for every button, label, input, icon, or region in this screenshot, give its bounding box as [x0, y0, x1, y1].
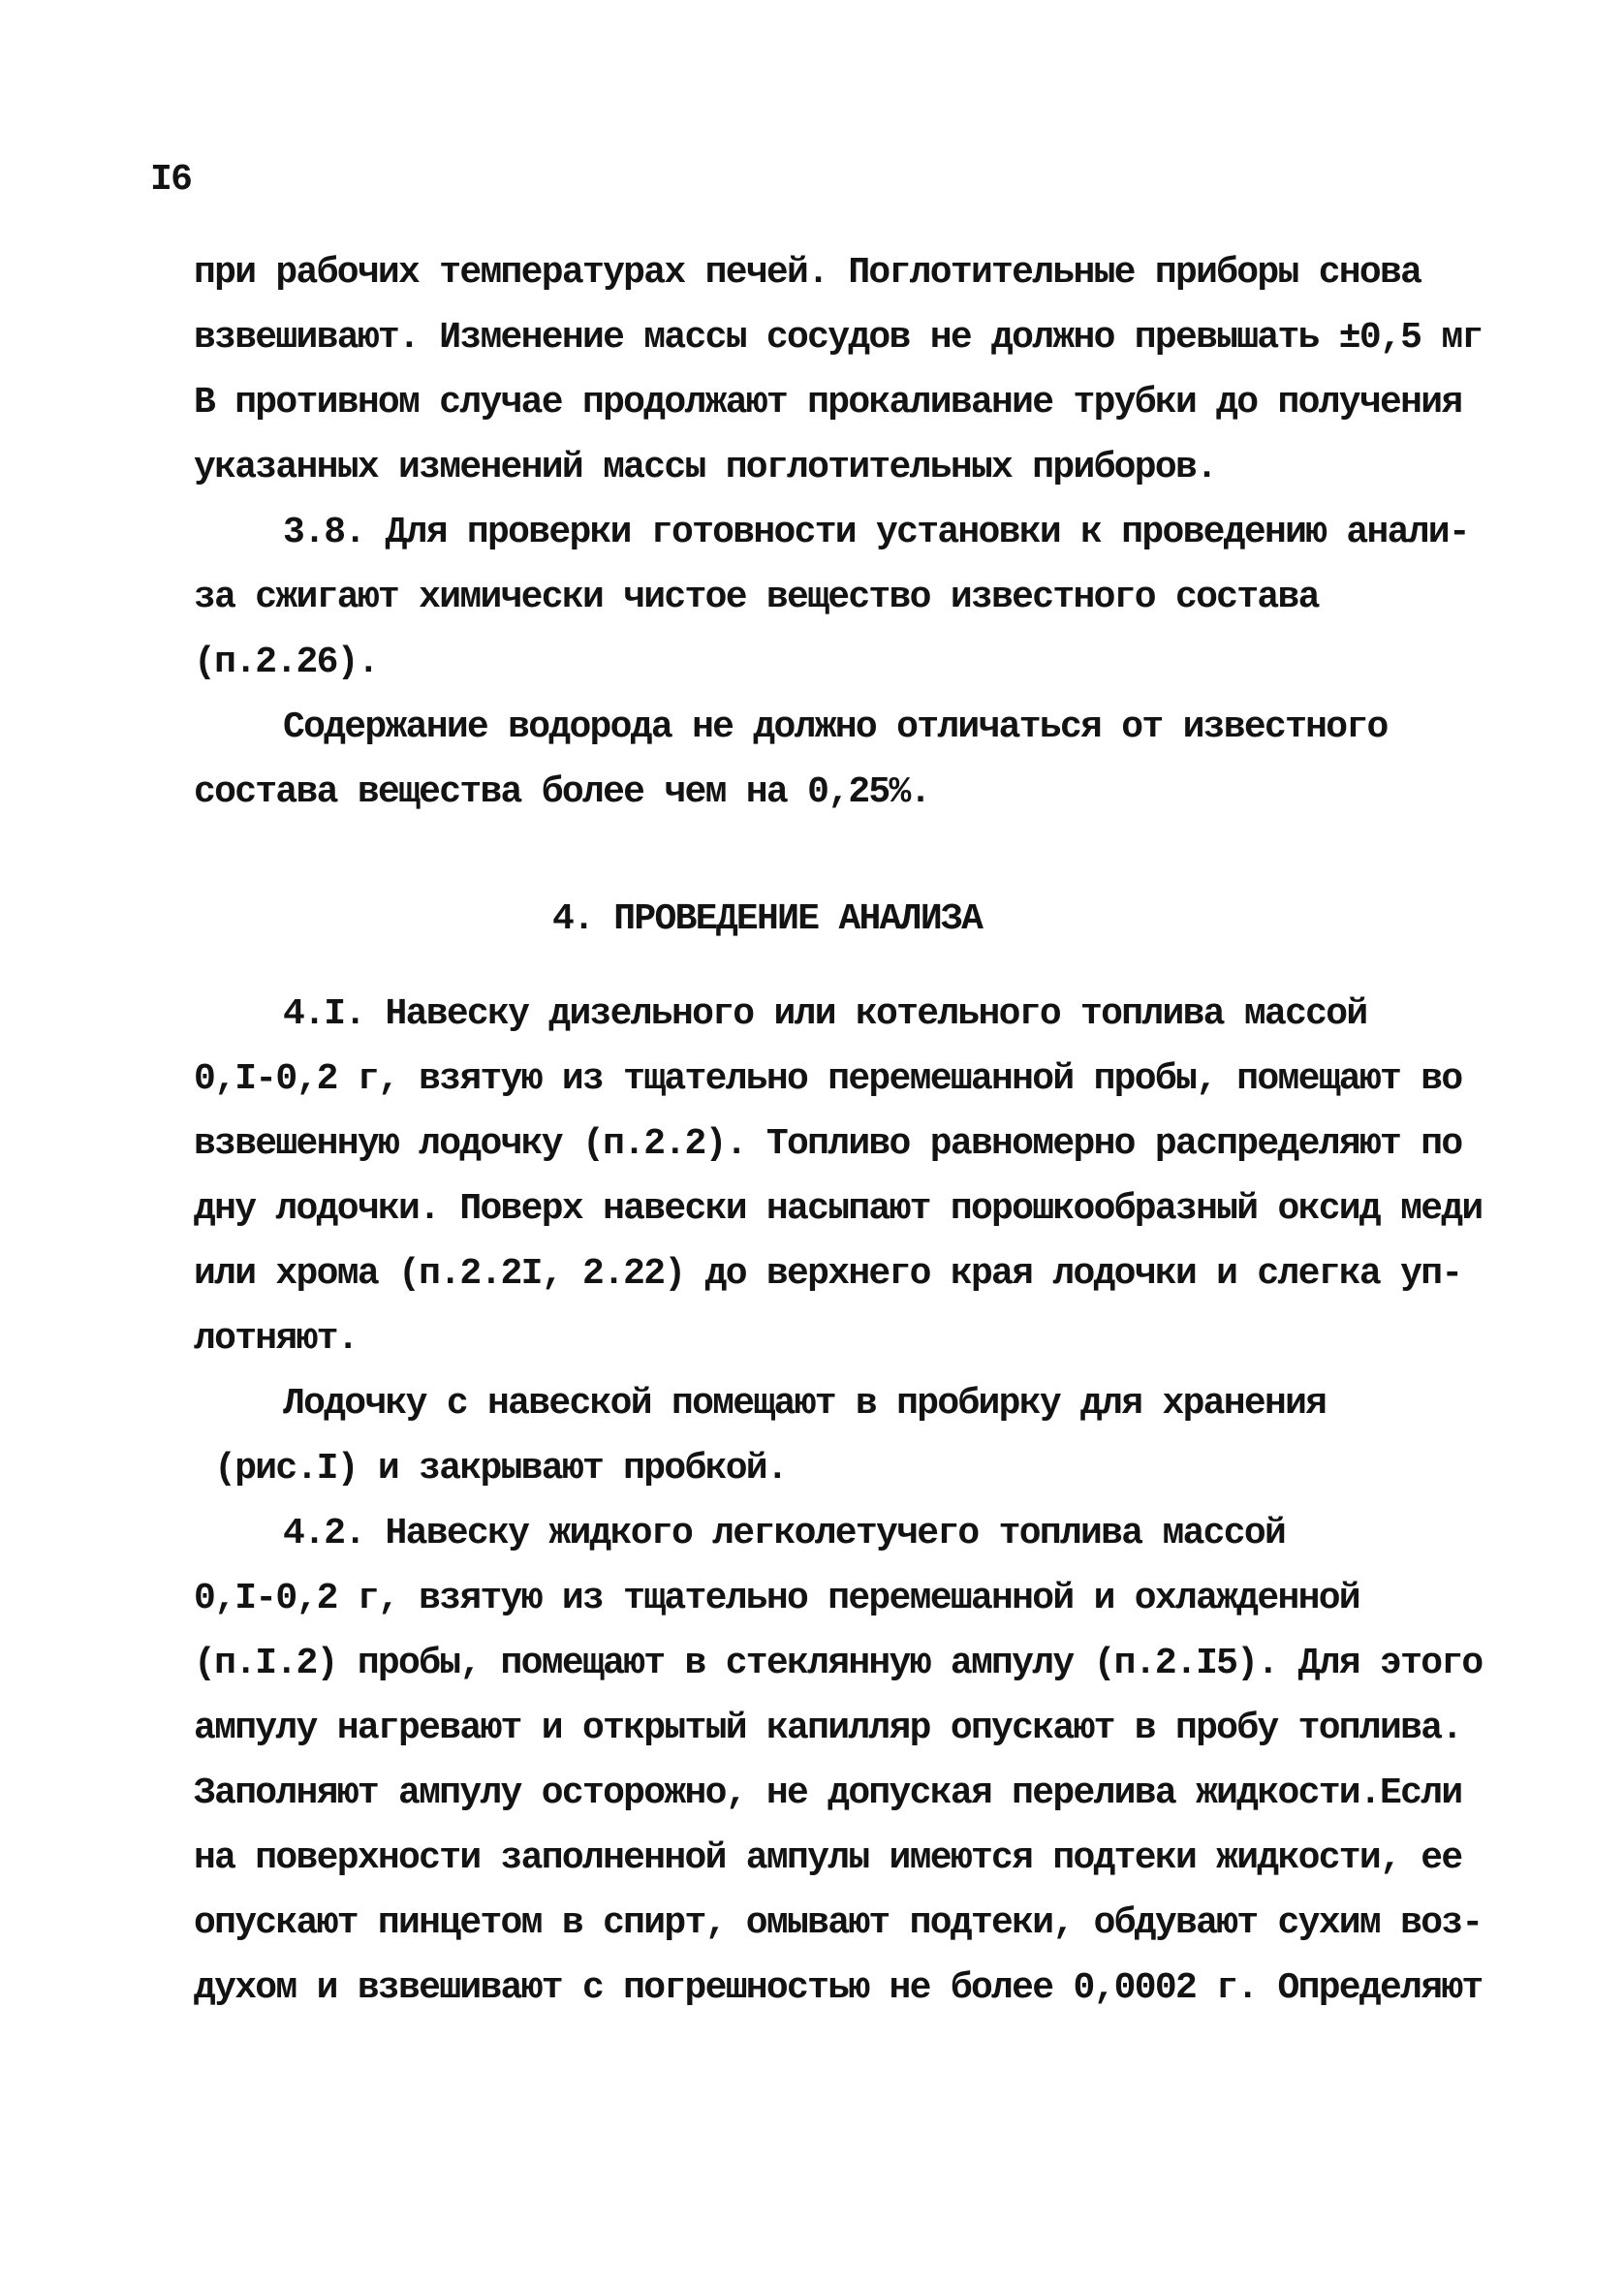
text-line: В противном случае продолжают прокаливан… [194, 370, 1589, 435]
text-line: Заполняют ампулу осторожно, не допуская … [194, 1761, 1589, 1826]
text-line: опускают пинцетом в спирт, омывают подте… [194, 1891, 1589, 1956]
document-text: при рабочих температурах печей. Поглотит… [194, 240, 1589, 2021]
text-line: ампулу нагревают и открытый капилляр опу… [194, 1696, 1589, 1761]
text-line: 0,I-0,2 г, взятую из тщательно перемешан… [194, 1566, 1589, 1631]
text-line: взвешенную лодочку (п.2.2). Топливо равн… [194, 1112, 1589, 1176]
section-heading: 4. ПРОВЕДЕНИЕ АНАЛИЗА [552, 887, 1589, 952]
text-line: на поверхности заполненной ампулы имеютс… [194, 1826, 1589, 1891]
text-line: 4.I. Навеску дизельного или котельного т… [194, 982, 1589, 1047]
page-number: I6 [150, 147, 191, 212]
text-line: или хрома (п.2.2I, 2.22) до верхнего кра… [194, 1241, 1589, 1306]
text-line: указанных изменений массы поглотительных… [194, 435, 1589, 500]
text-line: (рис.I) и закрывают пробкой. [194, 1436, 1589, 1501]
text-line: духом и взвешивают с погрешностью не бол… [194, 1956, 1589, 2021]
text-line: лотняют. [194, 1306, 1589, 1371]
text-line: 0,I-0,2 г, взятую из тщательно перемешан… [194, 1047, 1589, 1112]
text-line: дну лодочки. Поверх навески насыпают пор… [194, 1176, 1589, 1241]
text-line: при рабочих температурах печей. Поглотит… [194, 240, 1589, 305]
text-line: за сжигают химически чистое вещество изв… [194, 565, 1589, 630]
text-line: взвешивают. Изменение массы сосудов не д… [194, 305, 1589, 370]
text-line: 4.2. Навеску жидкого легколетучего топли… [194, 1501, 1589, 1566]
text-line: (п.I.2) пробы, помещают в стеклянную амп… [194, 1631, 1589, 1696]
text-line: состава вещества более чем на 0,25%. [194, 760, 1589, 825]
text-line: 3.8. Для проверки готовности установки к… [194, 500, 1589, 565]
text-line: Содержание водорода не должно отличаться… [194, 695, 1589, 760]
scanned-document-page: I6 при рабочих температурах печей. Погло… [0, 0, 1624, 2290]
text-line: Лодочку с навеской помещают в пробирку д… [194, 1371, 1589, 1436]
text-line: (п.2.26). [194, 630, 1589, 695]
